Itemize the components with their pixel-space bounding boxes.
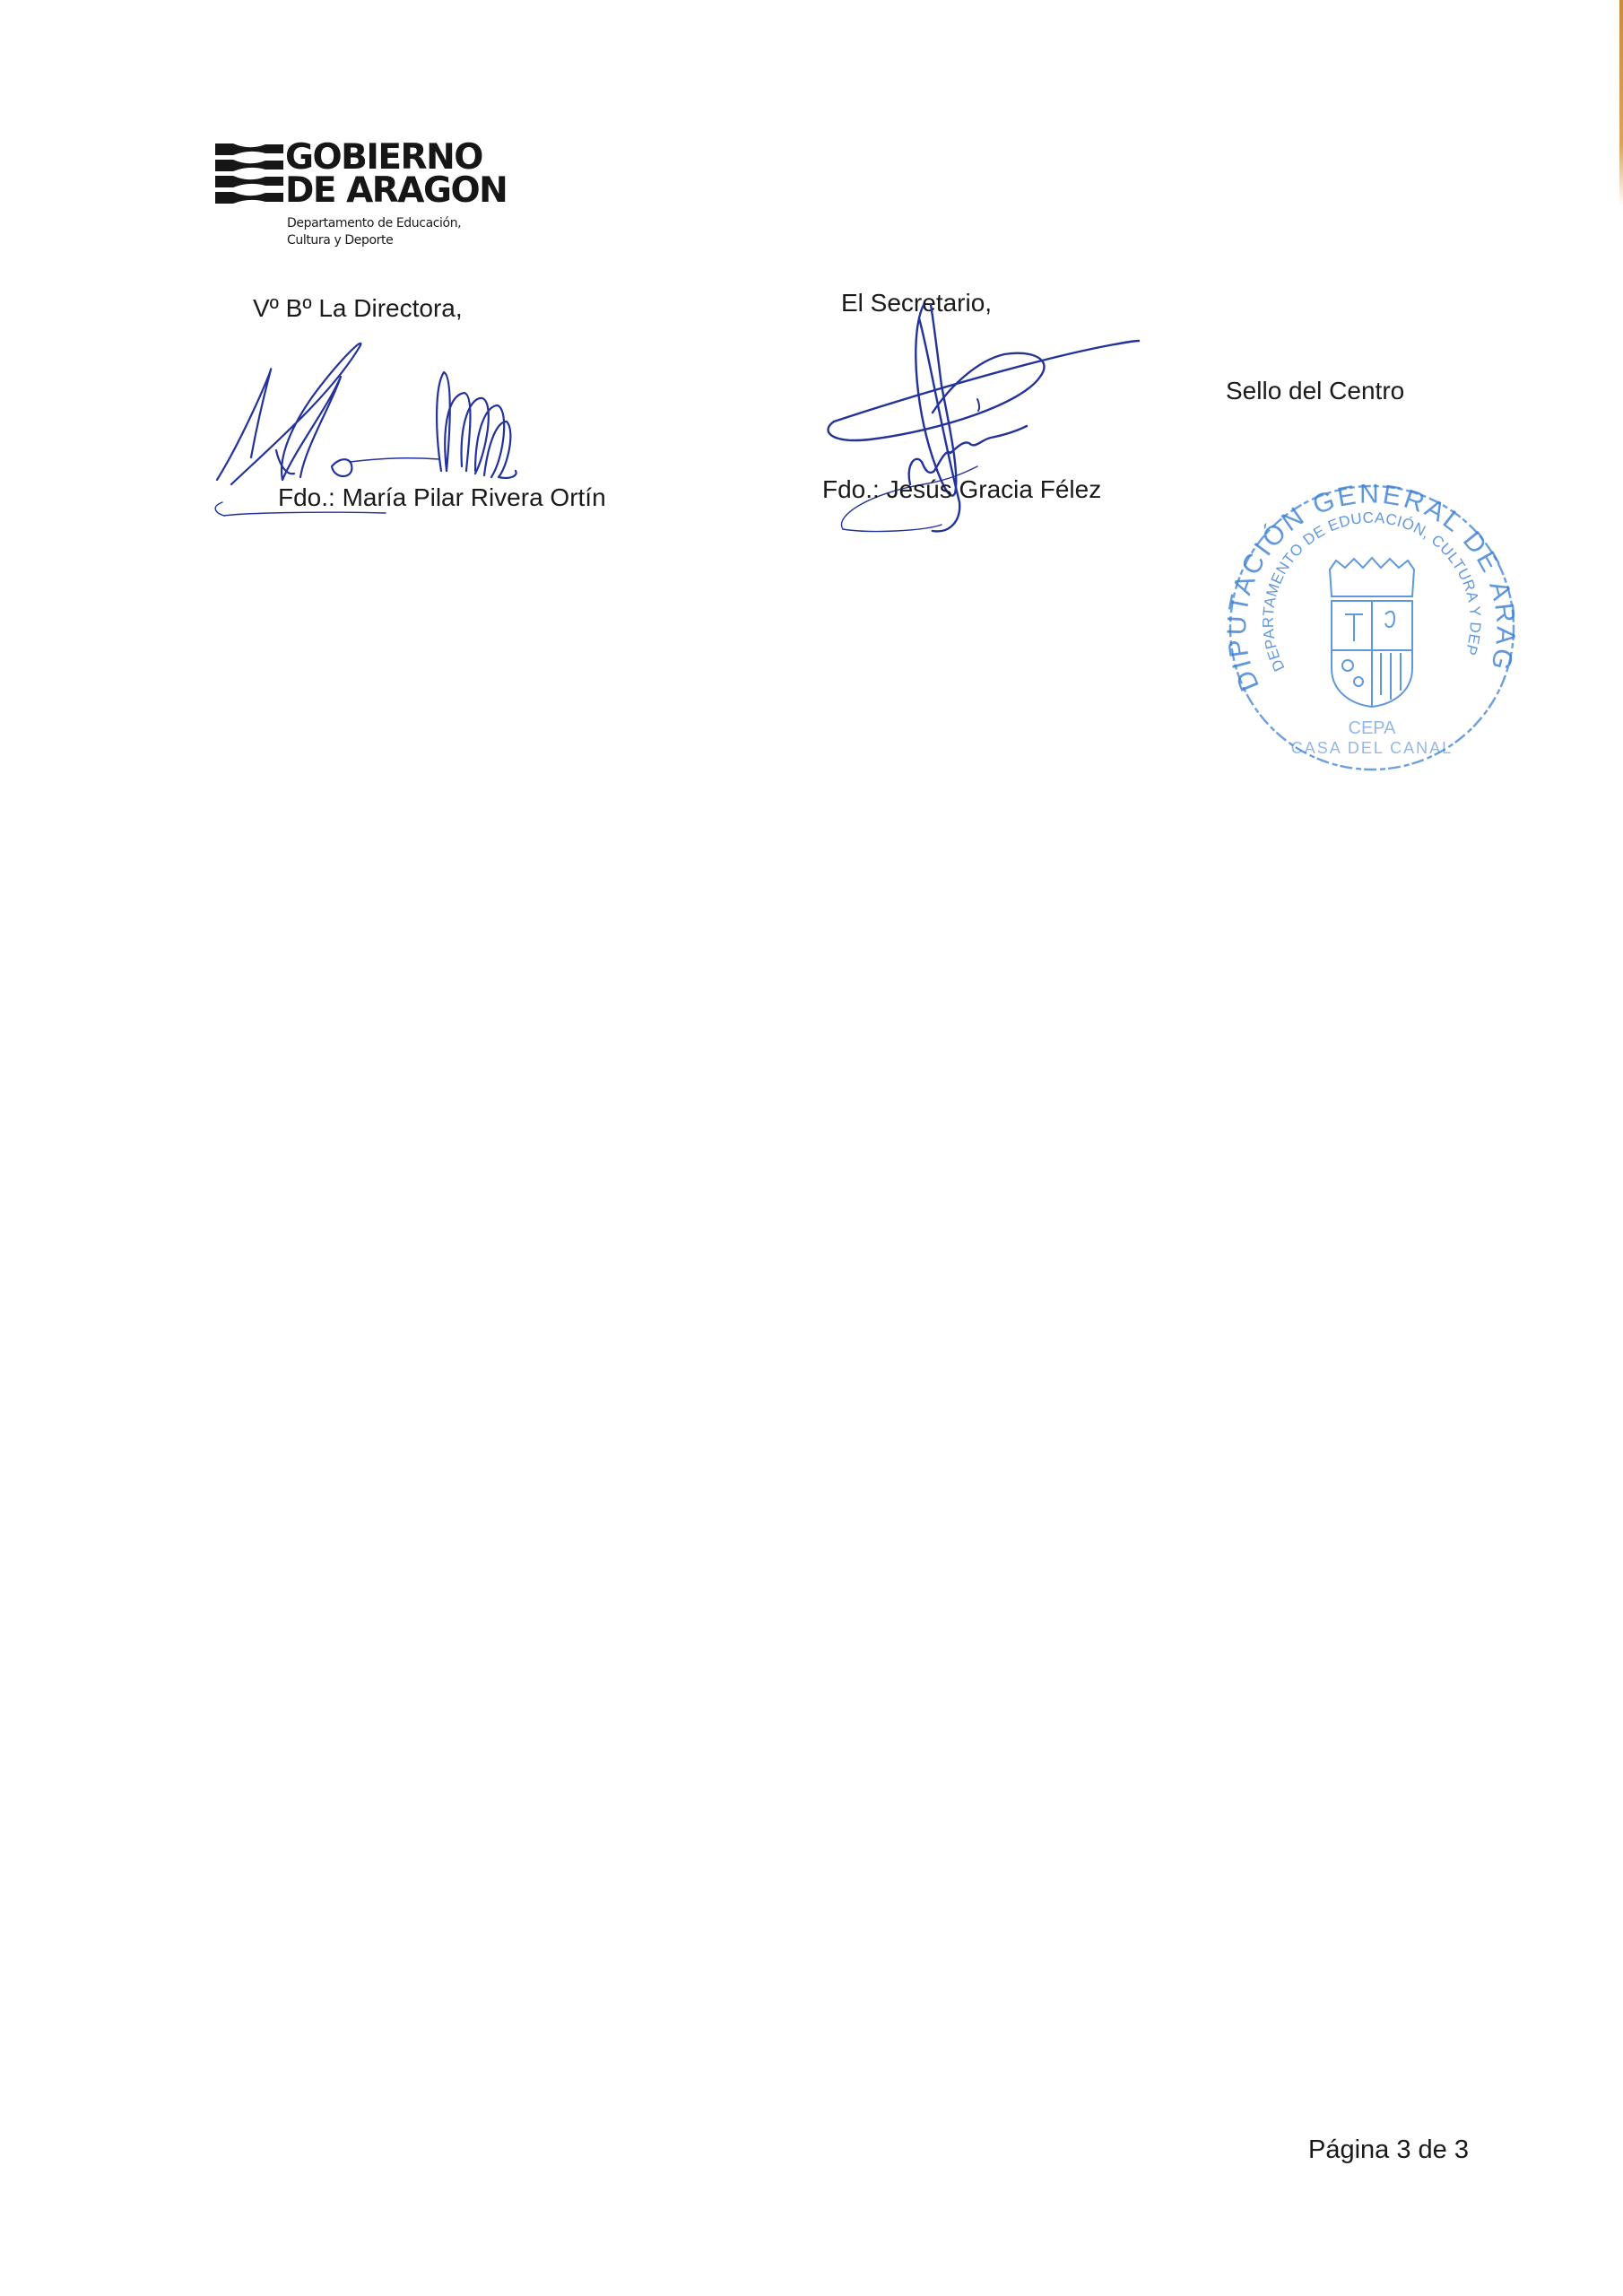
department-line2: Cultura y Deporte <box>287 232 461 249</box>
secretary-title: El Secretario, <box>841 291 992 316</box>
director-name: Fdo.: María Pilar Rivera Ortín <box>278 485 606 510</box>
seal-center-line2: CASA DEL CANAL <box>1291 739 1453 757</box>
logo-title-line2: DE ARAGON <box>285 173 507 208</box>
seal-label: Sello del Centro <box>1226 378 1404 404</box>
aragon-waves-icon <box>213 142 285 206</box>
department-line1: Departamento de Educación, <box>287 215 461 232</box>
page-number: Página 3 de 3 <box>1308 2137 1469 2163</box>
department-name: Departamento de Educación, Cultura y Dep… <box>287 215 461 249</box>
scan-edge <box>1619 0 1623 206</box>
center-seal-stamp: DIPUTACIÓN GENERAL DE ARAGÓN DEPARTAMENT… <box>1224 475 1520 780</box>
seal-center-line1: CEPA <box>1349 718 1397 738</box>
secretary-name: Fdo.: Jesús Gracia Félez <box>822 477 1101 502</box>
coat-of-arms-icon <box>1330 558 1414 707</box>
director-title: Vº Bº La Directora, <box>253 296 463 321</box>
